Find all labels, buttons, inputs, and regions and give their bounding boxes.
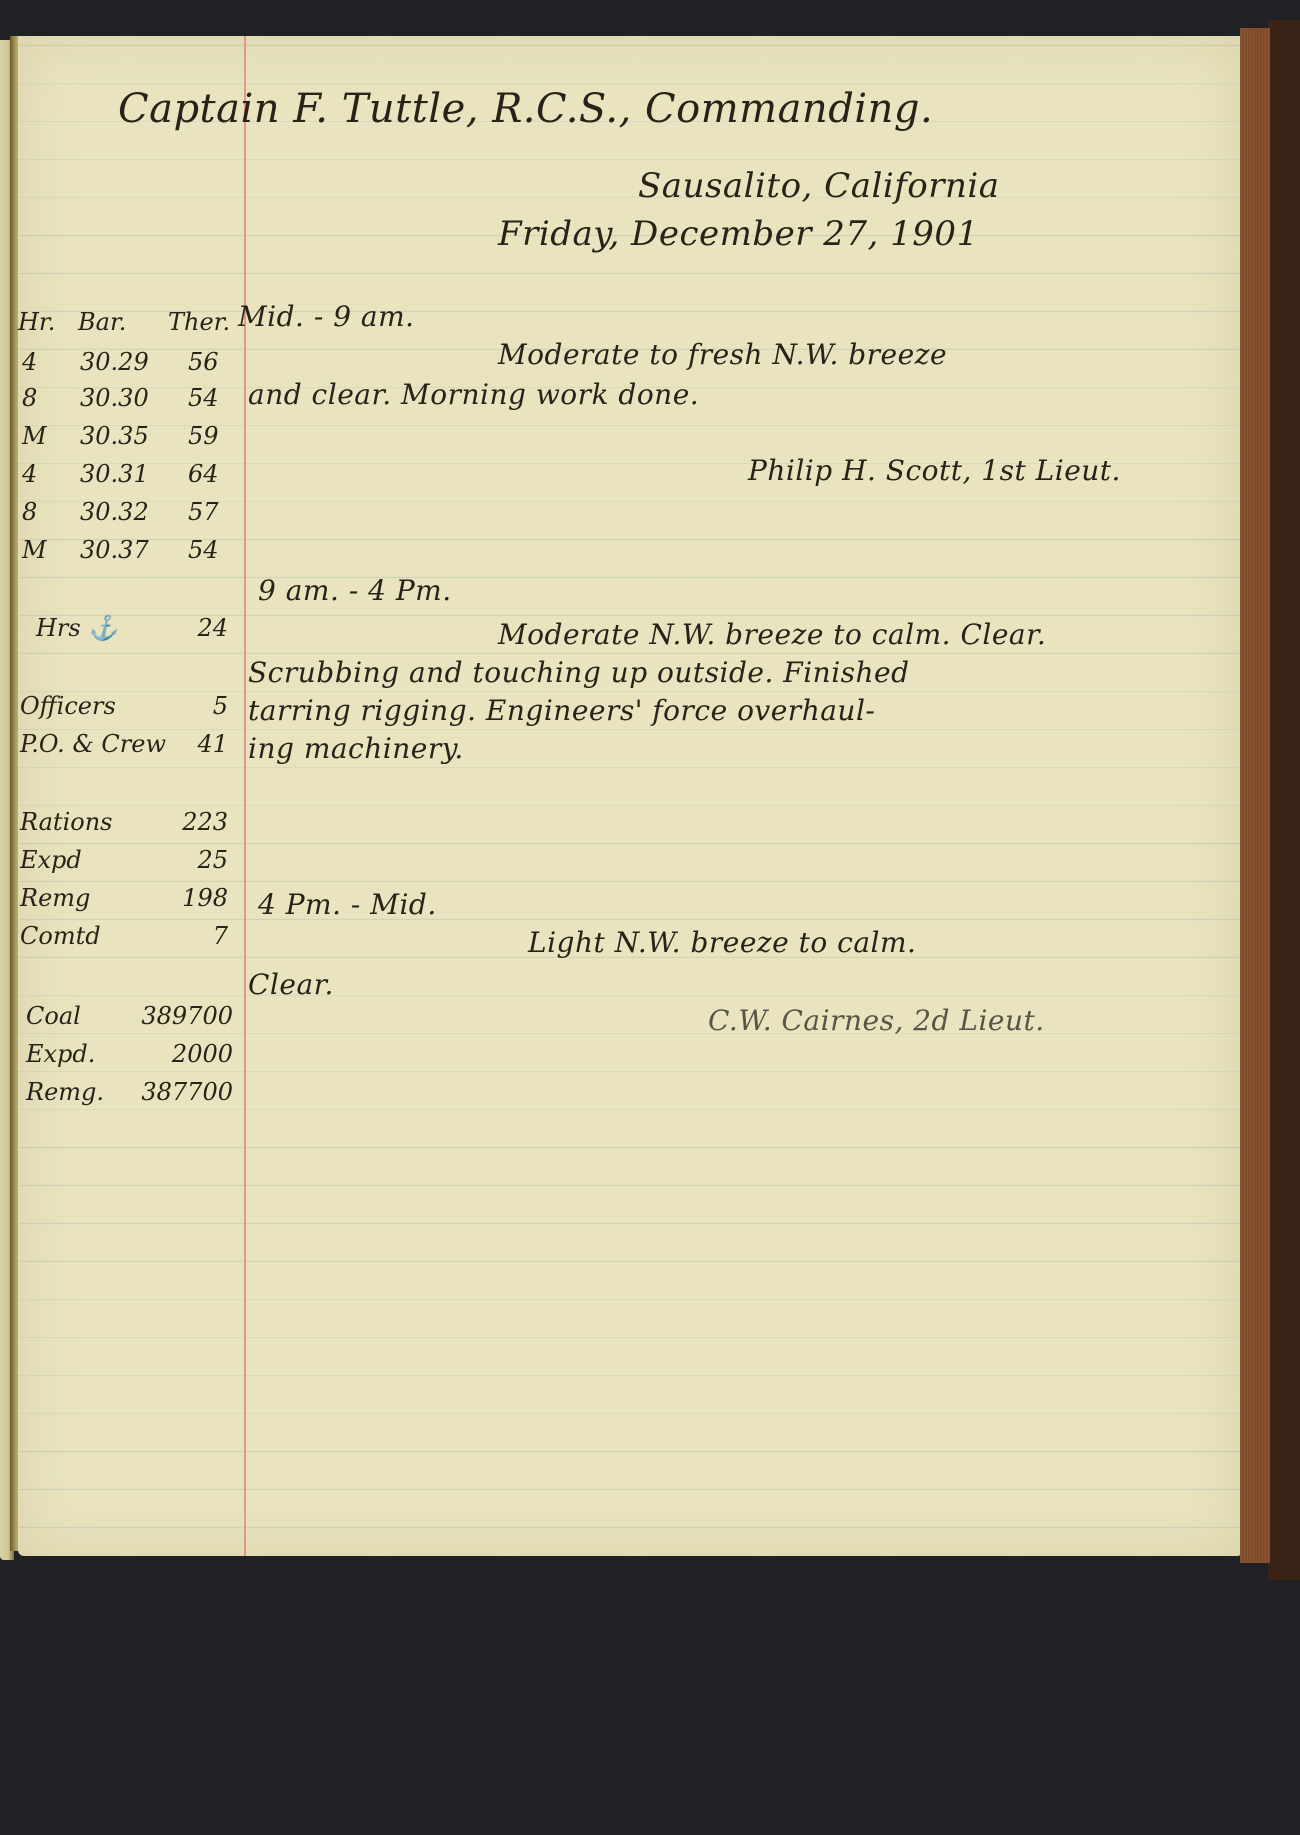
officer-signature: Philip H. Scott, 1st Lieut. [748,454,1121,487]
table-cell-hr: 8 [22,384,37,412]
logbook-page: Captain F. Tuttle, R.C.S., Commanding. S… [18,36,1240,1556]
steam-hours-value: 24 [178,614,228,642]
table-header-bar: Bar. [78,308,126,336]
table-cell-ther: 57 [188,498,219,526]
table-cell-bar: 30.35 [80,422,149,450]
steam-hours-label: Hrs ⚓ [36,614,118,642]
entry-line: Light N.W. breeze to calm. [528,926,916,959]
table-cell-ther: 59 [188,422,219,450]
table-cell-bar: 30.37 [80,536,149,564]
rations-remaining-value: 198 [168,884,228,912]
table-cell-bar: 30.31 [80,460,149,488]
entry-line: Moderate to fresh N.W. breeze [498,338,947,371]
rations-expended-label: Expd [20,846,82,874]
coal-remaining-label: Remg. [26,1078,104,1106]
entry-line: ing machinery. [248,732,464,765]
entry-line: Moderate N.W. breeze to calm. Clear. [498,618,1046,651]
page-edges [1240,28,1270,1563]
book-cover-edge [1268,20,1300,1580]
entry-line: and clear. Morning work done. [248,378,699,411]
table-cell-bar: 30.29 [80,348,149,376]
table-cell-hr: 4 [22,348,37,376]
entry-line: Scrubbing and touching up outside. Finis… [248,656,910,689]
coal-label: Coal [26,1002,81,1030]
officer-signature: C.W. Cairnes, 2d Lieut. [708,1004,1045,1037]
entry-line: tarring rigging. Engineers' force overha… [248,694,875,727]
commuted-value: 7 [168,922,228,950]
coal-remaining-value: 387700 [118,1078,233,1106]
table-cell-bar: 30.32 [80,498,149,526]
entry-date: Friday, December 27, 1901 [498,214,979,254]
table-header-ther: Ther. [168,308,230,336]
margin-rule [244,36,246,1556]
coal-expended-value: 2000 [118,1040,233,1068]
commuted-label: Comtd [20,922,101,950]
coal-expended-label: Expd. [26,1040,95,1068]
entry-line: Clear. [248,968,334,1001]
table-cell-ther: 54 [188,384,219,412]
table-cell-hr: 8 [22,498,37,526]
watch-period: Mid. - 9 am. [238,300,415,333]
officers-value: 5 [178,692,228,720]
location: Sausalito, California [638,166,1000,206]
rations-expended-value: 25 [168,846,228,874]
table-header-hr: Hr. [18,308,55,336]
rations-label: Rations [20,808,112,836]
officers-label: Officers [20,692,116,720]
rations-value: 223 [168,808,228,836]
rations-remaining-label: Remg [20,884,90,912]
crew-value: 41 [178,730,228,758]
table-cell-ther: 54 [188,536,219,564]
page-title: Captain F. Tuttle, R.C.S., Commanding. [118,86,933,132]
table-cell-ther: 64 [188,460,219,488]
watch-period: 9 am. - 4 Pm. [258,574,452,607]
table-cell-hr: M [22,422,47,450]
table-cell-hr: 4 [22,460,37,488]
crew-label: P.O. & Crew [20,730,166,758]
table-cell-ther: 56 [188,348,219,376]
table-cell-bar: 30.30 [80,384,149,412]
watch-period: 4 Pm. - Mid. [258,888,437,921]
coal-value: 389700 [118,1002,233,1030]
table-cell-hr: M [22,536,47,564]
